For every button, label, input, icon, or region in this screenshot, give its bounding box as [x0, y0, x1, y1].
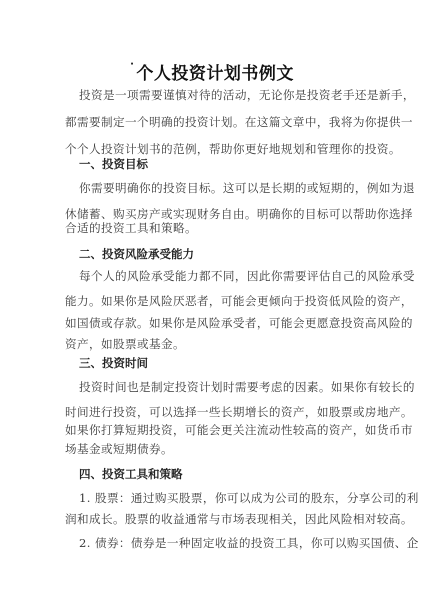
section-2-line-2: 能力。如果你是风险厌恶者，可能会更倾向于投资低风险的资产， [65, 294, 361, 308]
title-mark: · [130, 59, 134, 70]
section-2-line-1: 每个人的风险承受能力都不同，因此你需要评估自己的风险承受 [79, 269, 361, 283]
section-heading-goals: 一、投资目标 [79, 156, 148, 172]
section-4-line-1: 1. 股票：通过购买股票，你可以成为公司的股东，分享公司的利 [79, 491, 361, 505]
section-1-line-2: 休储蓄、购买房产或实现财务自由。明确你的目标可以帮助你选择 [65, 207, 361, 221]
intro-line-1: 投资是一项需要谨慎对待的活动，无论你是投资老手还是新手， [79, 88, 361, 102]
section-4-line-2: 润和成长。股票的收益通常与市场表现相关，因此风险相对较高。 [65, 512, 361, 526]
document-title: ·个人投资计划书例文 [0, 59, 424, 84]
intro-line-3: 个个人投资计划书的范例，帮助你更好地规划和管理你的投资。 [65, 142, 361, 156]
title-text: 个人投资计划书例文 [136, 64, 294, 84]
section-1-line-1: 你需要明确你的投资目标。这可以是长期的或短期的，例如为退 [79, 181, 361, 195]
section-3-line-2: 时间进行投资，可以选择一些长期增长的资产，如股票或房地产。 [65, 405, 361, 419]
section-3-line-1: 投资时间也是制定投资计划时需要考虑的因素。如果你有较长的 [79, 380, 361, 394]
intro-line-2: 都需要制定一个明确的投资计划。在这篇文章中，我将为你提供一 [65, 115, 361, 129]
section-1-line-3: 合适的投资工具和策略。 [65, 221, 361, 235]
section-3-line-4: 场基金或短期债券。 [65, 442, 361, 456]
section-4-line-3: 2. 债券：债券是一种固定收益的投资工具，你可以购买国债、企 [79, 536, 361, 550]
section-heading-tools: 四、投资工具和策略 [79, 466, 183, 482]
section-2-line-4: 资产，如股票或基金。 [65, 337, 361, 351]
section-heading-risk: 二、投资风险承受能力 [79, 246, 194, 262]
document-page: ·个人投资计划书例文 投资是一项需要谨慎对待的活动，无论你是投资老手还是新手， … [0, 0, 424, 600]
section-3-line-3: 如果你打算短期投资，可能会更关注流动性较高的资产，如货币市 [65, 423, 361, 437]
section-heading-time: 三、投资时间 [79, 355, 148, 371]
section-2-line-3: 如国债或存款。如果你是风险承受者，可能会更愿意投资高风险的 [65, 316, 361, 330]
